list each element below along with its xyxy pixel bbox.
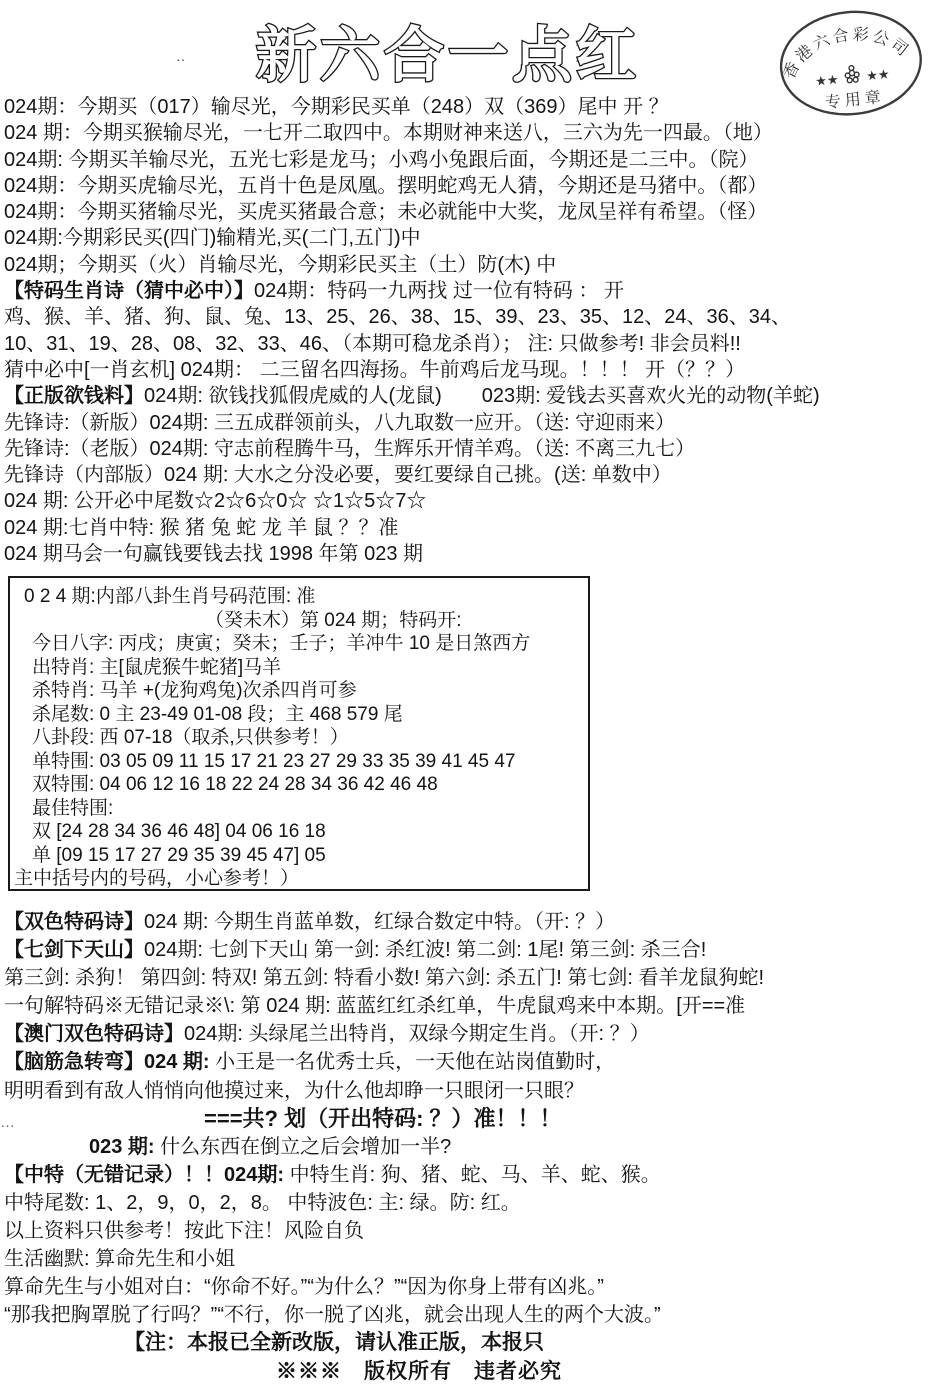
text-segment: 024期: 今期买羊输尽光，五光七彩是龙马；小鸡小兔跟后面，今期还是二三中。（院…: [4, 149, 758, 171]
text-line: 【七剑下天山】024期: 七剑下天山 第一剑: 杀红波! 第二剑: 1尾! 第三…: [4, 936, 929, 964]
text-line: 先锋诗（内部版）024 期: 大水之分没必要，要红要绿自己挑。(送: 单数中）: [4, 462, 929, 488]
text-segment: 023 期:: [89, 1136, 155, 1158]
text-line: 【脑筋急转弯】024 期: 小王是一名优秀士兵，一天他在站岗值勤时，: [4, 1048, 929, 1076]
text-line: 023 期: 什么东西在倒立之后会增加一半?: [4, 1133, 929, 1161]
text-segment: 八卦段: 西 07-18（取杀,只供参考！）: [32, 727, 349, 748]
text-line: 【中特（无错记录）！！024期: 中特生肖: 狗、猪、蛇、马、羊、蛇、猴。: [4, 1161, 929, 1189]
text-segment: ===共? 划（开出特码: ？）准！！！: [204, 1106, 562, 1131]
text-segment: 主中括号内的号码，小心参考！）: [14, 868, 299, 889]
text-segment: 024期：今期买猪输尽光，买虎买猪最合意；未必就能中大奖，龙凤呈祥有希望。（怪）: [4, 201, 767, 223]
text-line: 024 期:七肖中特: 猴 猪 兔 蛇 龙 羊 鼠 ？？准: [4, 515, 929, 541]
text-line: 先锋诗:（老版）024期: 守志前程腾牛马，生辉乐开情羊鸡。（送: 不离三九七）: [4, 436, 929, 462]
text-segment: 0 2 4 期:内部八卦生肖号码范围: 准: [24, 586, 315, 607]
text-segment: 鸡、猴、羊、猪、狗、鼠、兔、13、25、26、38、15、39、23、35、12…: [4, 306, 791, 328]
text-line: 024期: 今期买羊输尽光，五光七彩是龙马；小鸡小兔跟后面，今期还是二三中。（院…: [4, 147, 929, 173]
text-line: 单特围: 03 05 09 11 15 17 21 23 27 29 33 35…: [10, 750, 588, 774]
text-line: 杀尾数: 0 主 23-49 01-08 段；主 468 579 尾: [10, 703, 588, 727]
text-segment: 猜中必中[一肖玄机] 024期： 二三留名四海扬。牛前鸡后龙马现。！！！ 开（？…: [4, 359, 745, 381]
text-segment: 024 期马会一句赢钱要钱去找 1998 年第 023 期: [4, 543, 423, 565]
text-segment: 先锋诗（内部版）024 期: 大水之分没必要，要红要绿自己挑。(送: 单数中）: [4, 464, 672, 486]
text-line: 024 期马会一句赢钱要钱去找 1998 年第 023 期: [4, 541, 929, 567]
text-line: 024期：今期买猪输尽光，买虎买猪最合意；未必就能中大奖，龙凤呈祥有希望。（怪）: [4, 199, 929, 225]
text-line: 024 期: 公开必中尾数☆2☆6☆0☆ ☆1☆5☆7☆: [4, 488, 929, 514]
stamp-stars-right: ★★: [866, 66, 891, 83]
text-segment: 第三剑: 杀狗！ 第四剑: 特双! 第五剑: 特看小数! 第六剑: 杀五门! 第…: [4, 967, 764, 989]
text-segment: 什么东西在倒立之后会增加一半?: [155, 1136, 452, 1158]
text-segment: 小王是一名优秀士兵，一天他在站岗值勤时，: [210, 1051, 616, 1073]
text-segment: 今日八字: 丙戌；庚寅；癸未；壬子；羊冲牛 10 是日煞西方: [32, 633, 530, 654]
text-line: 双 [24 28 34 36 46 48] 04 06 16 18: [10, 820, 588, 844]
text-segment: 先锋诗:（老版）024期: 守志前程腾牛马，生辉乐开情羊鸡。（送: 不离三九七）: [4, 438, 695, 460]
text-line: 以上资料只供参考！按此下注！风险自负: [4, 1217, 929, 1245]
text-segment: 024期：今期买虎输尽光，五肖十色是凤凰。摆明蛇鸡无人猜，今期还是马猪中。（都）: [4, 175, 767, 197]
text-segment: 双特围: 04 06 12 16 18 22 24 28 34 36 42 46…: [32, 774, 438, 795]
text-segment: 以上资料只供参考！按此下注！风险自负: [4, 1220, 364, 1242]
text-segment: 024 期:七肖中特: 猴 猪 兔 蛇 龙 羊 鼠 ？？准: [4, 517, 399, 539]
text-line: 024期：今期买虎输尽光，五肖十色是凤凰。摆明蛇鸡无人猜，今期还是马猪中。（都）: [4, 173, 929, 199]
text-line: 024期:今期彩民买(四门)输精光,买(二门,五门)中: [4, 225, 929, 251]
text-segment: 中特生肖: 狗、猪、蛇、马、羊、蛇、猴。: [284, 1164, 661, 1186]
text-segment: 【注：本报已全新改版，请认准正版，本报只: [124, 1331, 544, 1354]
text-line: 中特尾数: 1、2，9，0，2，8。 中特波色: 主: 绿。防: 红。: [4, 1189, 929, 1217]
tip-lines-bottom: 【双色特码诗】024 期: 今期生肖蓝单数，红绿合数定中特。（开: ？）【七剑下…: [4, 908, 929, 1386]
text-line: 今日八字: 丙戌；庚寅；癸未；壬子；羊冲牛 10 是日煞西方: [10, 632, 588, 656]
text-line: （癸未木）第 024 期；特码开:: [10, 609, 588, 633]
text-segment: 先锋诗:（新版）024期: 三五成群领前头，八九取数一应开。（送: 守迎雨来）: [4, 412, 675, 434]
text-line: 鸡、猴、羊、猪、狗、鼠、兔、13、25、26、38、15、39、23、35、12…: [4, 304, 929, 330]
text-line: 一句解特码※无错记录※\: 第 024 期: 蓝蓝红红杀红单，牛虎鼠鸡来中本期。…: [4, 992, 929, 1020]
text-segment: 024期：今期买（017）输尽光，今期彩民买单（248）双（369）尾中 开 ？: [4, 96, 669, 118]
bagua-zodiac-box-lines: 0 2 4 期:内部八卦生肖号码范围: 准（癸未木）第 024 期；特码开:今日…: [10, 585, 588, 891]
text-line: ===共? 划（开出特码: ？）准！！！: [4, 1105, 929, 1133]
text-segment: 024期: 头绿尾兰出特肖，双绿今期定生肖。（开: ？）: [184, 1023, 650, 1045]
text-segment: 一句解特码※无错记录※\: 第 024 期: 蓝蓝红红杀红单，牛虎鼠鸡来中本期。…: [4, 995, 745, 1017]
page-title: 新六合一点红: [250, 14, 690, 94]
text-segment: ※※※ 版权所有 违者必究: [276, 1360, 562, 1383]
text-line: 最佳特围:: [10, 797, 588, 821]
text-segment: 10、31、19、28、08、32、33、46、（本期可稳龙杀肖）； 注: 只做…: [4, 333, 741, 355]
text-segment: 024 期：今期买猴输尽光，一七开二取四中。本期财神来送八，三六为先一四最。（地…: [4, 122, 773, 144]
text-line: 024期：今期买（017）输尽光，今期彩民买单（248）双（369）尾中 开 ？: [4, 94, 929, 120]
text-line: “那我把胸罩脱了行吗？”“不行，你一脱了凶兆，就会出现人生的两个大波。”: [4, 1301, 929, 1329]
text-line: ※※※ 版权所有 违者必究: [4, 1358, 929, 1386]
text-segment: 024期；今期买（火）肖输尽光，今期彩民买主（土）防(木) 中: [4, 254, 556, 276]
text-line: 八卦段: 西 07-18（取杀,只供参考！）: [10, 726, 588, 750]
scan-dots-artifact: ‥: [176, 48, 187, 65]
text-segment: 杀尾数: 0 主 23-49 01-08 段；主 468 579 尾: [32, 704, 403, 725]
text-line: 明明看到有敌人悄悄向他摸过来，为什么他却睁一只眼闭一只眼？: [4, 1077, 929, 1105]
text-segment: 024期: 欲钱找狐假虎威的人(龙鼠) 023期: 爱钱去买喜欢火光的动物(羊蛇…: [144, 385, 820, 407]
text-segment: （癸未木）第 024 期；特码开:: [205, 610, 462, 631]
text-line: 第三剑: 杀狗！ 第四剑: 特双! 第五剑: 特看小数! 第六剑: 杀五门! 第…: [4, 964, 929, 992]
text-segment: 【正版欲钱料】: [4, 385, 144, 407]
text-segment: 出特肖: 主[鼠虎猴牛蛇猪]马羊: [32, 657, 281, 678]
text-segment: 024期:今期彩民买(四门)输精光,买(二门,五门)中: [4, 227, 421, 249]
text-segment: 024期：特码一九两找 过一位有特码 ： 开: [254, 280, 624, 302]
text-segment: 【脑筋急转弯】024 期:: [4, 1051, 210, 1073]
text-segment: “那我把胸罩脱了行吗？”“不行，你一脱了凶兆，就会出现人生的两个大波。”: [4, 1304, 661, 1326]
text-segment: 024 期: 今期生肖蓝单数，红绿合数定中特。（开: ？）: [144, 911, 615, 933]
text-line: 0 2 4 期:内部八卦生肖号码范围: 准: [10, 585, 588, 609]
text-line: 出特肖: 主[鼠虎猴牛蛇猪]马羊: [10, 656, 588, 680]
text-segment: 算命先生与小姐对白：“你命不好。”“为什么？”“因为你身上带有凶兆。”: [4, 1276, 604, 1298]
text-segment: 最佳特围:: [32, 798, 113, 819]
text-line: 单 [09 15 17 27 29 35 39 45 47] 05: [10, 844, 588, 868]
text-segment: 【中特（无错记录）！！024期:: [4, 1164, 284, 1186]
bagua-zodiac-box: 0 2 4 期:内部八卦生肖号码范围: 准（癸未木）第 024 期；特码开:今日…: [8, 576, 590, 891]
text-segment: 【双色特码诗】: [4, 911, 144, 933]
stamp-stars-left: ★★: [815, 72, 840, 89]
text-segment: 双 [24 28 34 36 46 48] 04 06 16 18: [32, 821, 326, 842]
text-line: 【注：本报已全新改版，请认准正版，本报只: [4, 1329, 929, 1357]
tip-lines-top: 024期：今期买（017）输尽光，今期彩民买单（248）双（369）尾中 开 ？…: [4, 94, 929, 567]
text-segment: 024 期: 公开必中尾数☆2☆6☆0☆ ☆1☆5☆7☆: [4, 490, 426, 512]
text-segment: 中特尾数: 1、2，9，0，2，8。 中特波色: 主: 绿。防: 红。: [4, 1192, 521, 1214]
text-line: 024 期：今期买猴输尽光，一七开二取四中。本期财神来送八，三六为先一四最。（地…: [4, 120, 929, 146]
text-segment: 【澳门双色特码诗】: [4, 1023, 184, 1045]
text-line: 先锋诗:（新版）024期: 三五成群领前头，八九取数一应开。（送: 守迎雨来）: [4, 410, 929, 436]
text-segment: 生活幽默: 算命先生和小姐: [4, 1248, 235, 1270]
text-line: 【澳门双色特码诗】024期: 头绿尾兰出特肖，双绿今期定生肖。（开: ？）: [4, 1020, 929, 1048]
text-segment: 单特围: 03 05 09 11 15 17 21 23 27 29 33 35…: [32, 751, 515, 772]
text-line: 【双色特码诗】024 期: 今期生肖蓝单数，红绿合数定中特。（开: ？）: [4, 908, 929, 936]
text-line: 主中括号内的号码，小心参考！）: [10, 867, 588, 891]
text-segment: 024期: 七剑下天山 第一剑: 杀红波! 第二剑: 1尾! 第三剑: 杀三合!: [144, 939, 706, 961]
text-line: 10、31、19、28、08、32、33、46、（本期可稳龙杀肖）； 注: 只做…: [4, 331, 929, 357]
text-segment: 【七剑下天山】: [4, 939, 144, 961]
text-segment: 明明看到有敌人悄悄向他摸过来，为什么他却睁一只眼闭一只眼？: [4, 1080, 584, 1102]
text-line: 猜中必中[一肖玄机] 024期： 二三留名四海扬。牛前鸡后龙马现。！！！ 开（？…: [4, 357, 929, 383]
stamp-flower-icon: [844, 65, 859, 83]
text-segment: 单 [09 15 17 27 29 35 39 45 47] 05: [32, 845, 326, 866]
page-title-text: 新六合一点红: [256, 22, 640, 89]
text-line: 024期；今期买（火）肖输尽光，今期彩民买主（土）防(木) 中: [4, 252, 929, 278]
masthead: ‥ 新六合一点红 香港六合彩公司 ★★ ★★ 专用章: [0, 0, 929, 96]
text-line: 双特围: 04 06 12 16 18 22 24 28 34 36 42 46…: [10, 773, 588, 797]
text-segment: 杀特肖: 马羊 +(龙狗鸡兔)次杀四肖可参: [32, 680, 357, 701]
text-line: 算命先生与小姐对白：“你命不好。”“为什么？”“因为你身上带有凶兆。”: [4, 1273, 929, 1301]
text-segment: 【特码生肖诗（猜中必中）】: [4, 280, 254, 302]
text-line: 杀特肖: 马羊 +(龙狗鸡兔)次杀四肖可参: [10, 679, 588, 703]
text-line: 【特码生肖诗（猜中必中）】024期：特码一九两找 过一位有特码 ： 开: [4, 278, 929, 304]
text-line: 生活幽默: 算命先生和小姐: [4, 1245, 929, 1273]
text-line: 【正版欲钱料】024期: 欲钱找狐假虎威的人(龙鼠) 023期: 爱钱去买喜欢火…: [4, 383, 929, 409]
